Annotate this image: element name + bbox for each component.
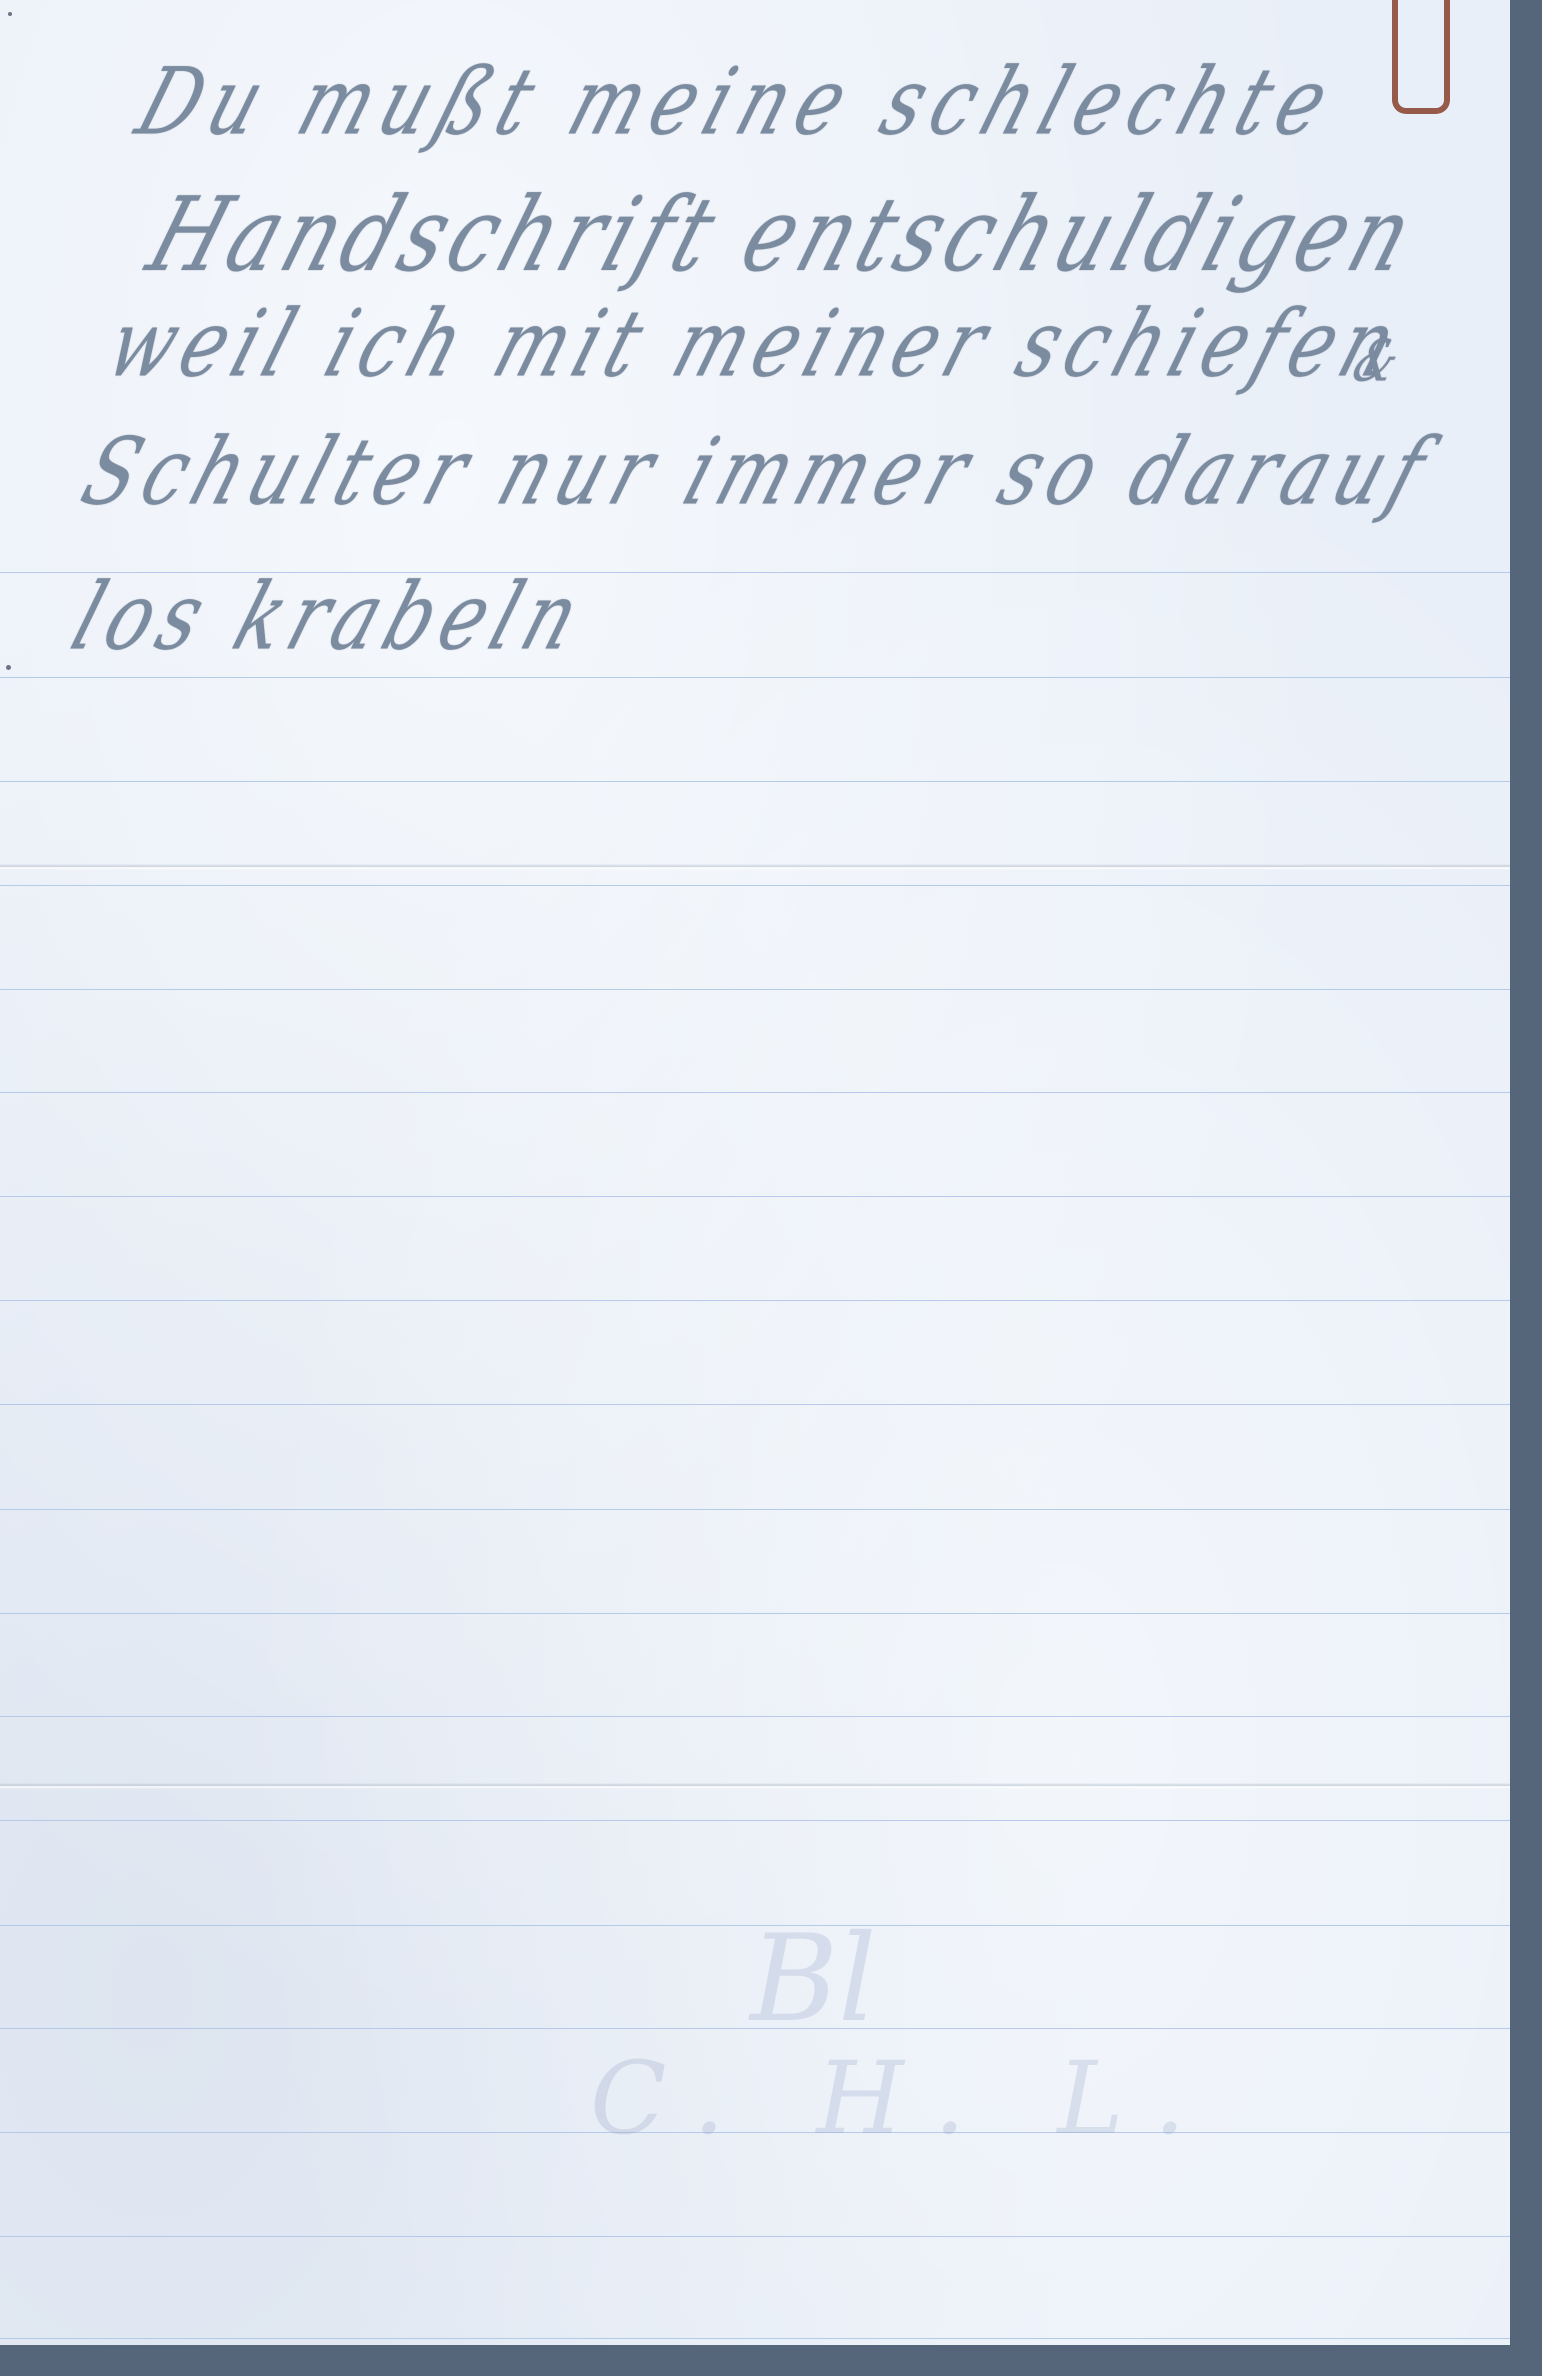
ruled-line xyxy=(0,1196,1510,1197)
ruled-line xyxy=(0,1820,1510,1821)
ruled-line xyxy=(0,1300,1510,1301)
show-through-mark: C. H. L. xyxy=(590,2040,1216,2157)
handwriting-line-4: Schulter nur immer so darauf xyxy=(70,419,1445,527)
ruled-line xyxy=(0,1509,1510,1510)
ruled-line xyxy=(0,2236,1510,2237)
handwriting-line-2: Handschrift entschuldigen xyxy=(135,176,1432,295)
ruled-line xyxy=(0,989,1510,990)
handwriting-line-3: weil ich mit meiner schiefen xyxy=(95,291,1417,399)
ruled-line xyxy=(0,885,1510,886)
ruled-line xyxy=(0,1613,1510,1614)
handwriting-line-1: Du mußt meine schlechte xyxy=(125,49,1351,157)
letter-page: Du mußt meine schlechte Handschrift ents… xyxy=(0,0,1510,2345)
ruled-line xyxy=(0,1404,1510,1405)
red-ink-mark xyxy=(1392,0,1450,114)
ruled-line xyxy=(0,2338,1510,2339)
show-through-mark: Bl xyxy=(750,1910,877,2049)
fold-crease xyxy=(0,1783,1510,1789)
handwriting-line-5: los krabeln xyxy=(60,564,599,672)
fold-crease xyxy=(0,864,1510,870)
scanner-background xyxy=(0,2345,1542,2376)
ruled-line xyxy=(0,1092,1510,1093)
ink-speck xyxy=(6,665,11,670)
ruled-line xyxy=(0,1716,1510,1717)
ink-speck xyxy=(8,12,12,16)
ruled-line xyxy=(0,781,1510,782)
ruled-line xyxy=(0,677,1510,678)
